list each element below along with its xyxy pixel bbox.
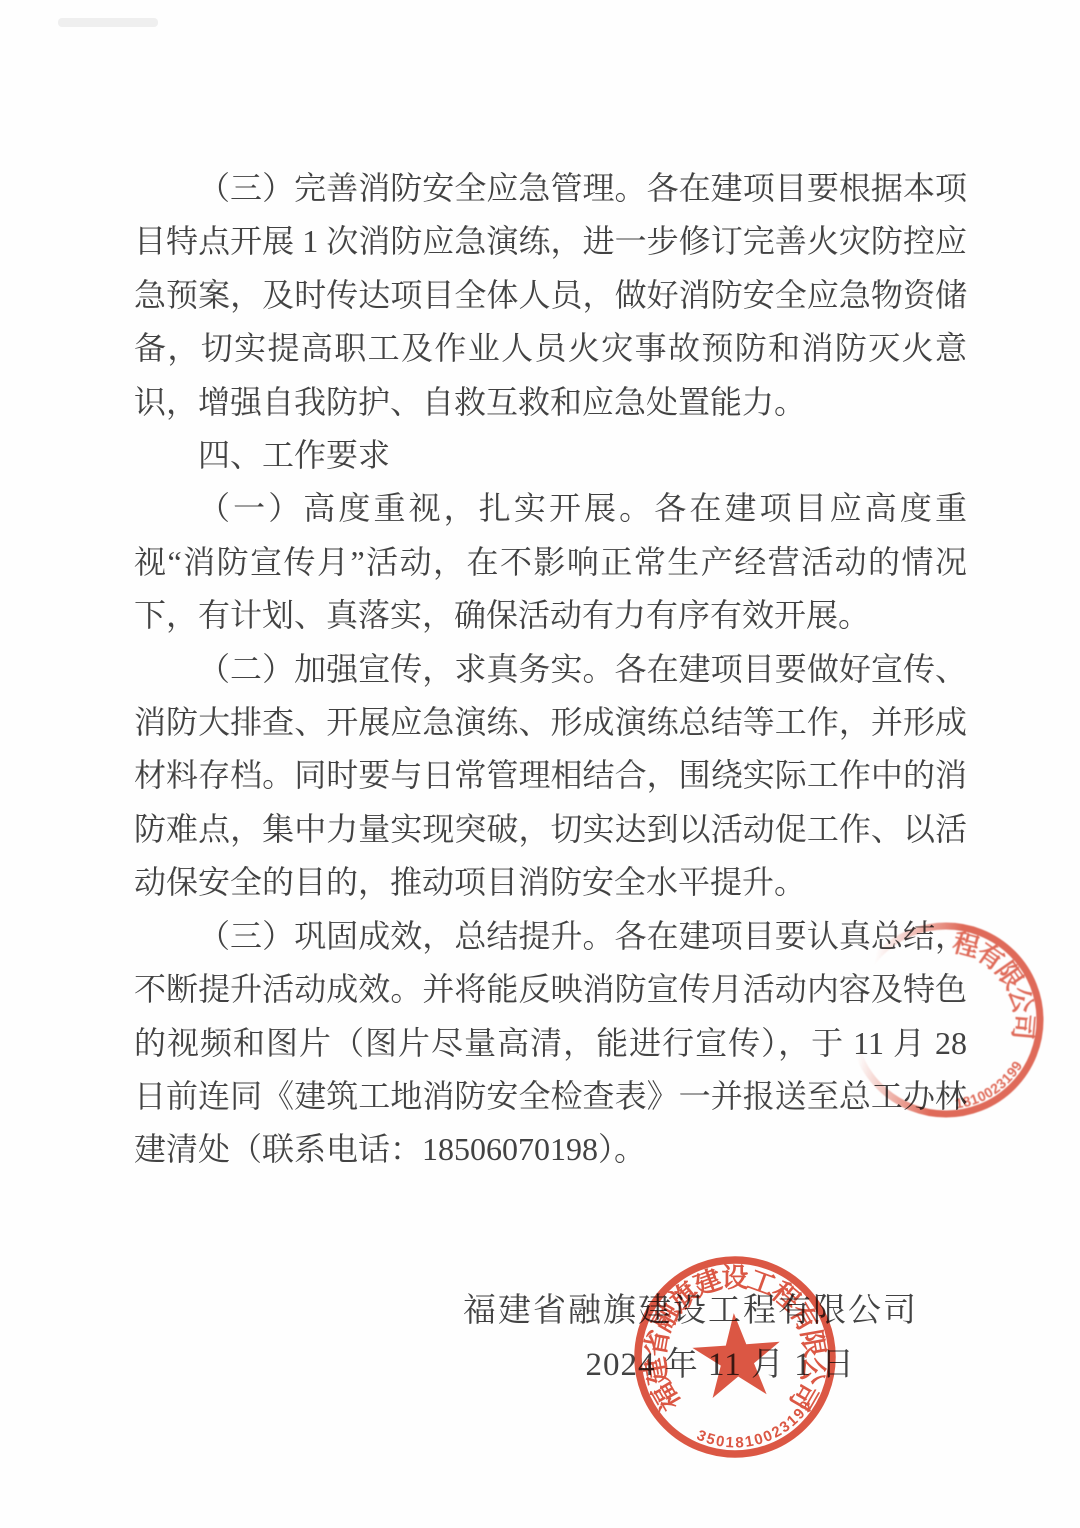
svg-text:9: 9 [1003,1064,1021,1080]
paragraph-consolidate-results: （三）巩固成效，总结提升。各在建项目要认真总结，不断提升活动成效。并将能反映消防… [134,910,967,1177]
svg-text:1: 1 [968,1090,981,1108]
paragraph-fire-emergency-management: （三）完善消防安全应急管理。各在建项目要根据本项目特点开展 1 次消防应急演练，… [134,162,967,429]
svg-text:9: 9 [1008,1058,1026,1073]
svg-text:9: 9 [796,1398,815,1415]
svg-text:0: 0 [715,1433,726,1451]
svg-text:限: 限 [990,957,1029,995]
svg-text:0: 0 [981,1084,996,1102]
svg-text:司: 司 [1007,1012,1038,1040]
svg-text:3: 3 [694,1427,708,1446]
svg-text:5: 5 [704,1430,717,1449]
svg-text:0: 0 [975,1087,989,1105]
svg-text:1: 1 [784,1412,802,1430]
svg-text:2: 2 [769,1423,785,1442]
heading-work-requirements: 四、工作要求 [134,429,967,482]
svg-text:3: 3 [993,1075,1010,1092]
document-page: （三）完善消防安全应急管理。各在建项目要根据本项目特点开展 1 次消防应急演练，… [0,0,1080,1528]
svg-text:8: 8 [735,1434,744,1451]
svg-text:1: 1 [998,1070,1015,1087]
svg-text:2: 2 [987,1079,1003,1097]
svg-text:有: 有 [971,938,1009,977]
svg-text:1: 1 [744,1433,755,1451]
paragraph-high-attention: （一）高度重视，扎实开展。各在建项目应高度重视“消防宣传月”活动，在不影响正常生… [134,482,967,642]
svg-text:9: 9 [790,1405,808,1423]
svg-text:0: 0 [761,1427,775,1446]
signature-company: 福建省融旗建设工程有限公司 [463,1284,918,1331]
svg-text:公: 公 [1003,984,1038,1017]
svg-text:1: 1 [725,1434,734,1451]
svg-text:3: 3 [777,1418,794,1437]
signature-date: 2024 年 11 月 1 日 [585,1338,855,1385]
paragraph-strengthen-publicity: （二）加强宣传，求真务实。各在建项目要做好宣传、消防大排查、开展应急演练、形成演… [134,643,967,910]
svg-text:0: 0 [752,1430,765,1449]
scan-artifact [58,18,158,27]
document-body: （三）完善消防安全应急管理。各在建项目要根据本项目特点开展 1 次消防应急演练，… [134,162,967,1177]
